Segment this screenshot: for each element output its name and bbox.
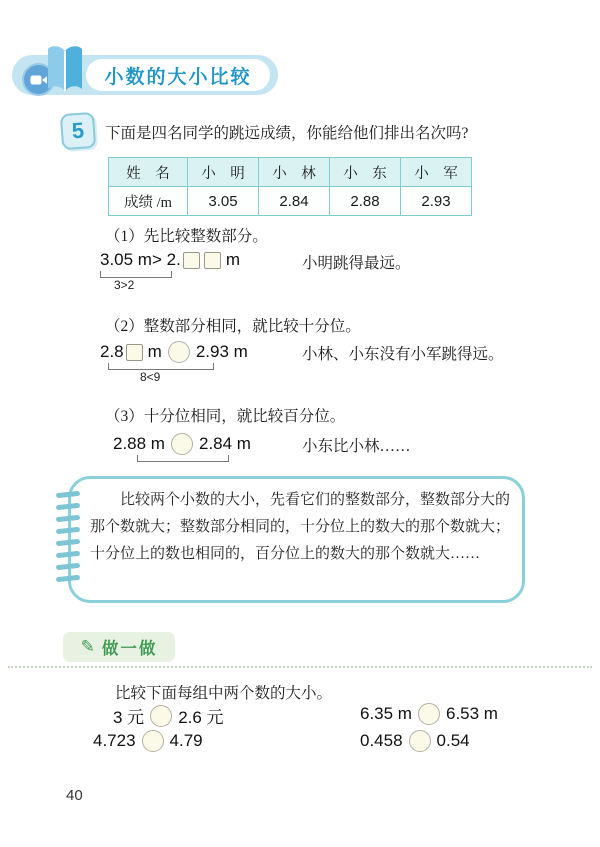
bracket-label: 3>2 <box>114 278 134 292</box>
expression-text: 2.84 m <box>199 434 251 454</box>
answer-box[interactable] <box>183 252 200 269</box>
step-2-expression: 2.8 m 2.93 m <box>100 340 248 364</box>
exercise-left: 3 元 <box>113 703 144 728</box>
exercise-right: 2.6 元 <box>178 703 223 728</box>
scores-table: 姓 名 小 明 小 林 小 东 小 军 成绩 /m 3.05 2.84 2.88… <box>108 157 472 216</box>
answer-circle[interactable] <box>418 703 440 725</box>
unit-label: m <box>148 342 162 362</box>
exercise-right: 0.54 <box>437 731 470 751</box>
textbook-page: 小数的大小比较 5 下面是四名同学的跳远成绩，你能给他们排出名次吗? 姓 名 小… <box>0 0 600 847</box>
step-2-comment: 小林、小东没有小军跳得远。 <box>302 342 504 364</box>
step-3-comment: 小东比小林…… <box>302 434 411 456</box>
exercise-item: 3 元 2.6 元 <box>113 703 224 728</box>
exercise-left: 0.458 <box>360 731 403 751</box>
table-header-row: 姓 名 小 明 小 林 小 东 小 军 <box>109 158 472 187</box>
table-row-label: 成绩 /m <box>109 187 188 216</box>
expression-text: 3.05 m> 2. <box>100 250 181 270</box>
problem-number-badge: 5 <box>60 112 96 150</box>
pencil-icon: ✎ <box>81 637 95 657</box>
answer-circle[interactable] <box>168 341 190 363</box>
table-cell: 2.93 <box>401 187 472 216</box>
comparison-bracket <box>100 271 172 278</box>
comparison-bracket <box>137 455 229 462</box>
step-1-label: （1）先比较整数部分。 <box>105 224 268 246</box>
exercise-item: 0.458 0.54 <box>360 730 470 752</box>
table-header-cell: 小 军 <box>401 158 472 187</box>
step-2-label: （2）整数部分相同，就比较十分位。 <box>105 314 361 336</box>
dotted-divider <box>8 666 592 668</box>
practice-tab: ✎ 做一做 <box>63 632 175 662</box>
exercise-item: 4.723 4.79 <box>93 730 203 752</box>
comparison-bracket <box>108 363 214 370</box>
page-title: 小数的大小比较 <box>104 62 251 89</box>
table-header-cell: 小 林 <box>259 158 330 187</box>
table-data-row: 成绩 /m 3.05 2.84 2.88 2.93 <box>109 187 472 216</box>
page-number: 40 <box>66 787 83 804</box>
exercise-right: 4.79 <box>170 731 203 751</box>
expression-text: 2.8 <box>100 342 124 362</box>
answer-box[interactable] <box>126 344 143 361</box>
problem-question: 下面是四名同学的跳远成绩，你能给他们排出名次吗? <box>105 121 468 143</box>
table-header-cell: 小 明 <box>188 158 259 187</box>
title-pill: 小数的大小比较 <box>86 59 270 91</box>
table-cell: 2.84 <box>259 187 330 216</box>
step-1-comment: 小明跳得最远。 <box>302 251 411 273</box>
exercise-left: 6.35 m <box>360 704 412 724</box>
expression-text: 2.88 m <box>113 434 165 454</box>
answer-circle[interactable] <box>171 433 193 455</box>
table-cell: 2.88 <box>330 187 401 216</box>
bracket-label: 8<9 <box>140 370 160 384</box>
step-1-expression: 3.05 m> 2. m <box>100 248 240 272</box>
answer-box[interactable] <box>204 252 221 269</box>
expression-text: 2.93 m <box>196 342 248 362</box>
exercise-item: 6.35 m 6.53 m <box>360 703 498 725</box>
answer-circle[interactable] <box>409 730 431 752</box>
open-book-icon <box>46 43 84 100</box>
step-3-label: （3）十分位相同，就比较百分位。 <box>105 404 345 426</box>
table-header-cell: 小 东 <box>330 158 401 187</box>
summary-note-text: 比较两个小数的大小，先看它们的整数部分，整数部分大的那个数就大；整数部分相同的，… <box>90 487 510 568</box>
step-3-expression: 2.88 m 2.84 m <box>113 432 251 456</box>
table-header-cell: 姓 名 <box>109 158 188 187</box>
exercise-right: 6.53 m <box>446 704 498 724</box>
exercise-left: 4.723 <box>93 731 136 751</box>
answer-circle[interactable] <box>150 705 172 727</box>
practice-instruction: 比较下面每组中两个数的大小。 <box>115 681 332 703</box>
answer-circle[interactable] <box>142 730 164 752</box>
practice-tab-label: 做一做 <box>102 635 158 659</box>
table-cell: 3.05 <box>188 187 259 216</box>
unit-label: m <box>226 250 240 270</box>
